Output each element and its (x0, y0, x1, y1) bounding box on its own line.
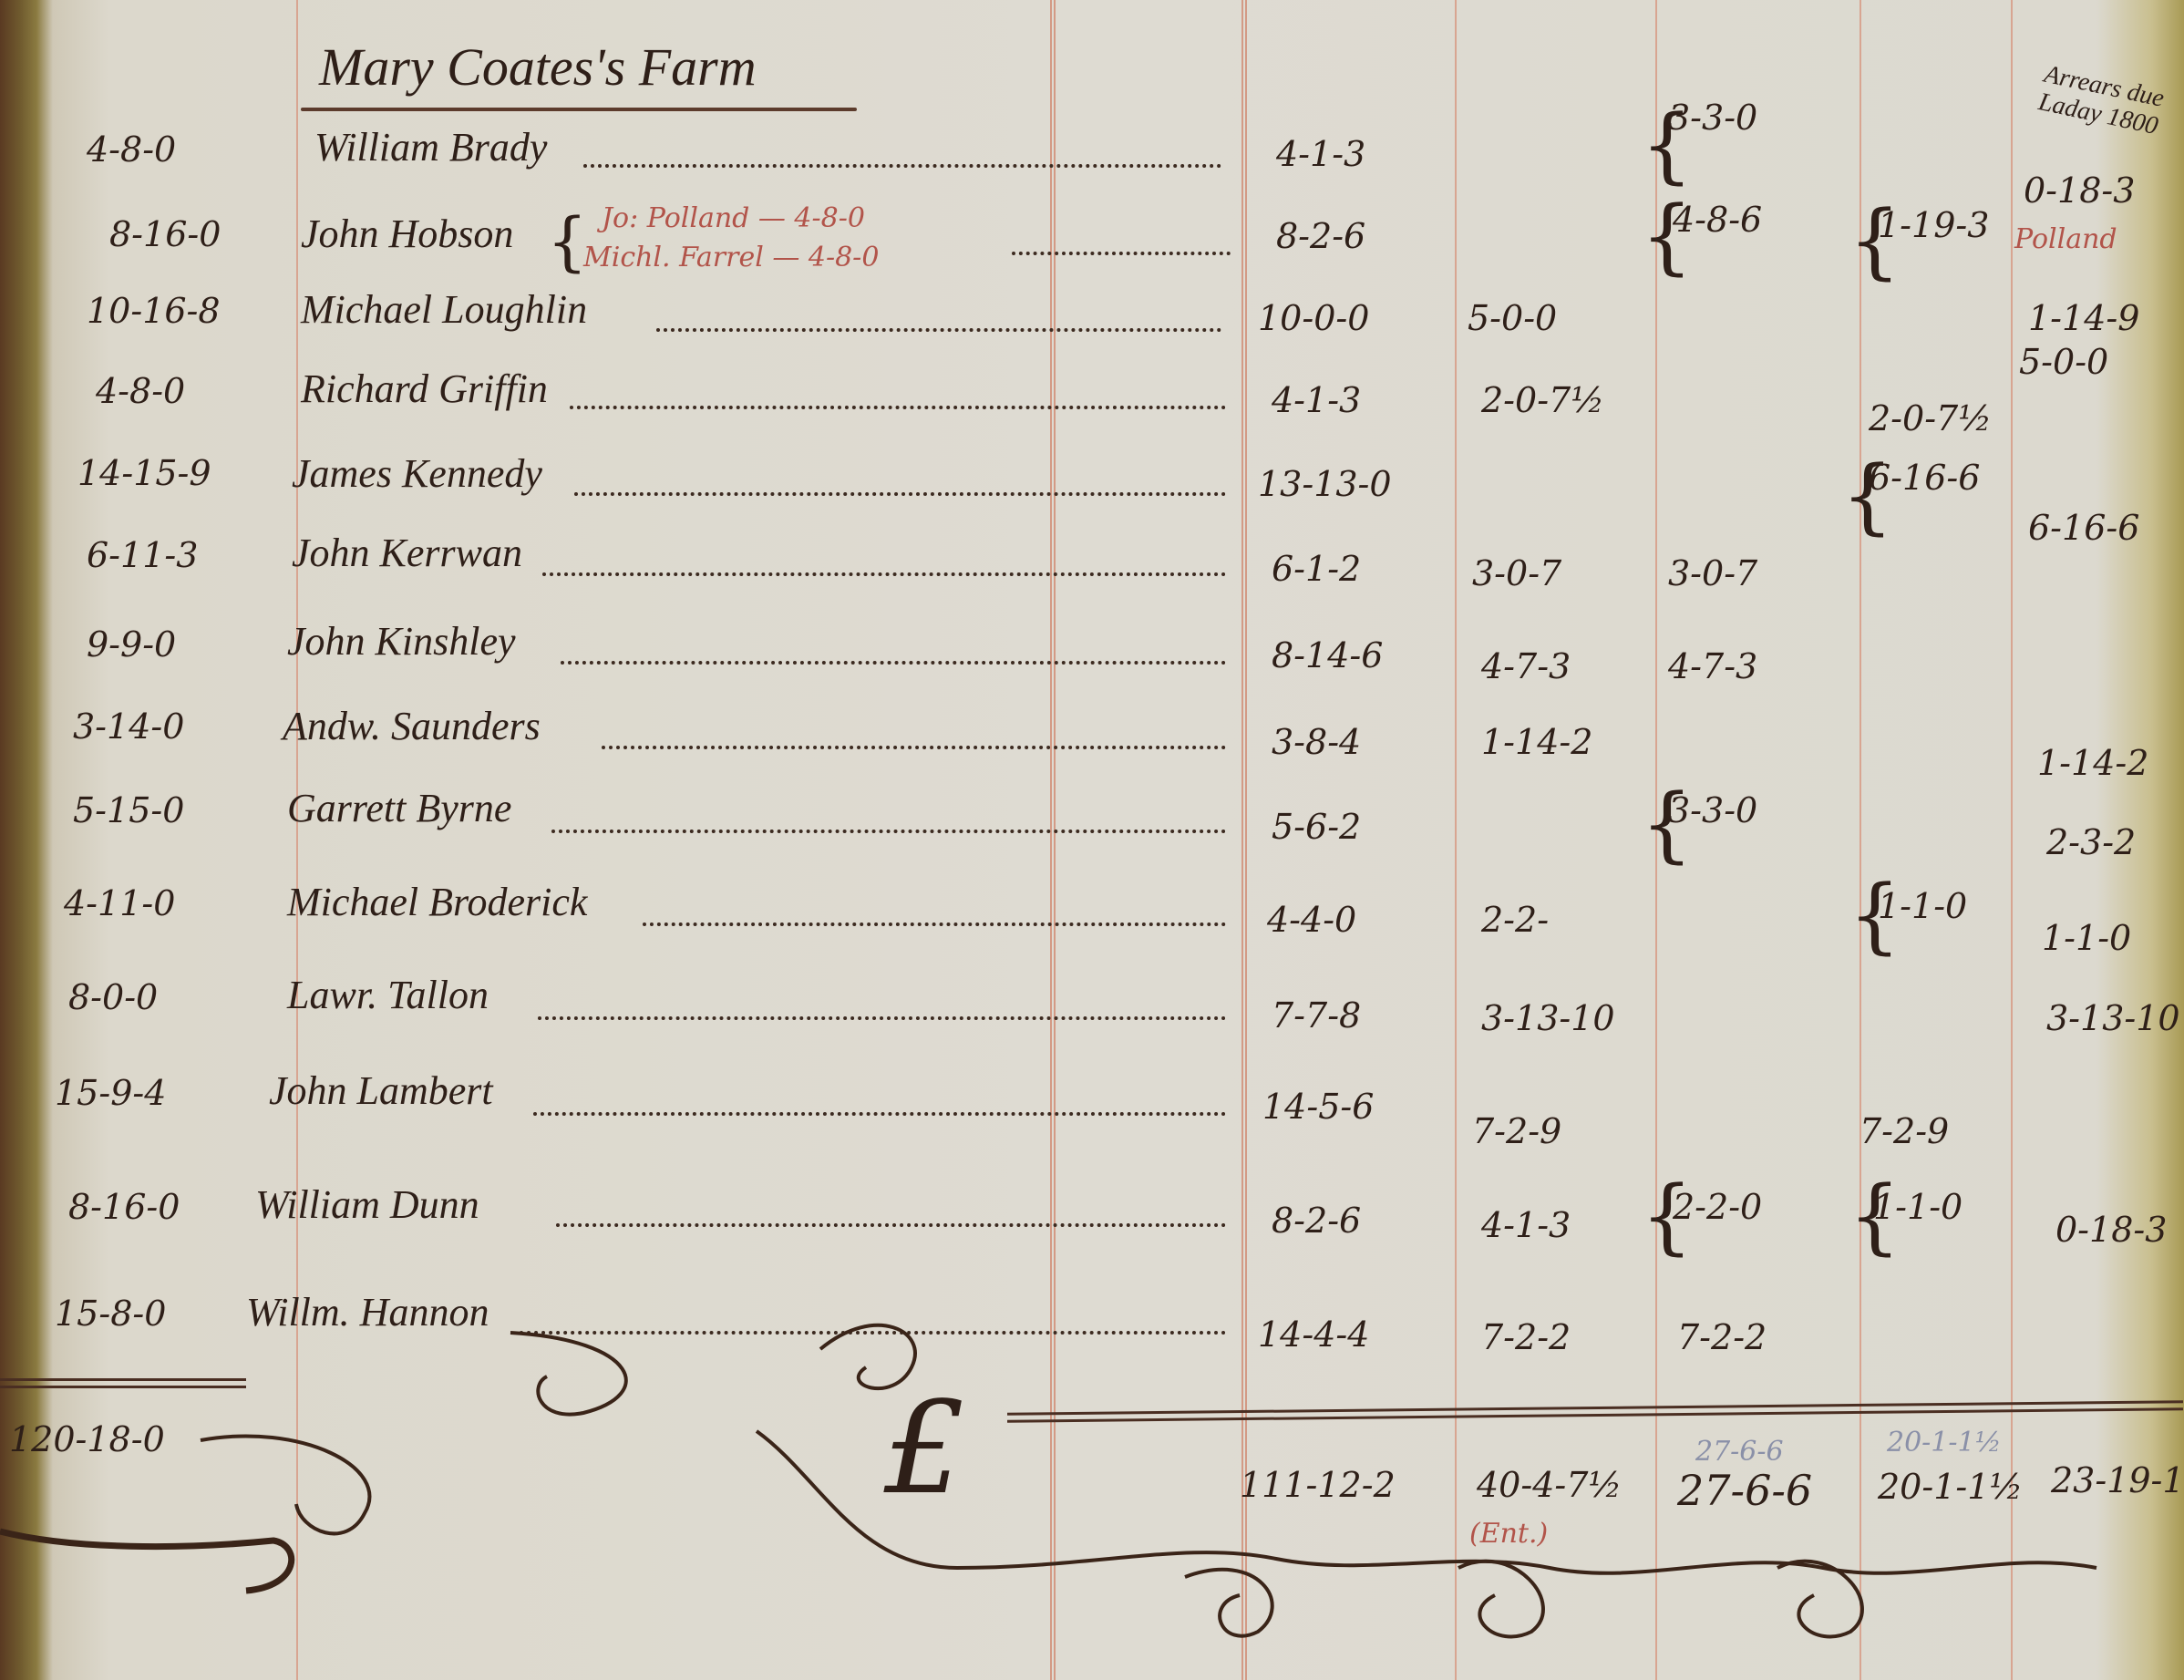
flourish-decoration (0, 0, 2184, 1680)
ledger-page: Mary Coates's Farm Arrears due Laday 180… (0, 0, 2184, 1680)
